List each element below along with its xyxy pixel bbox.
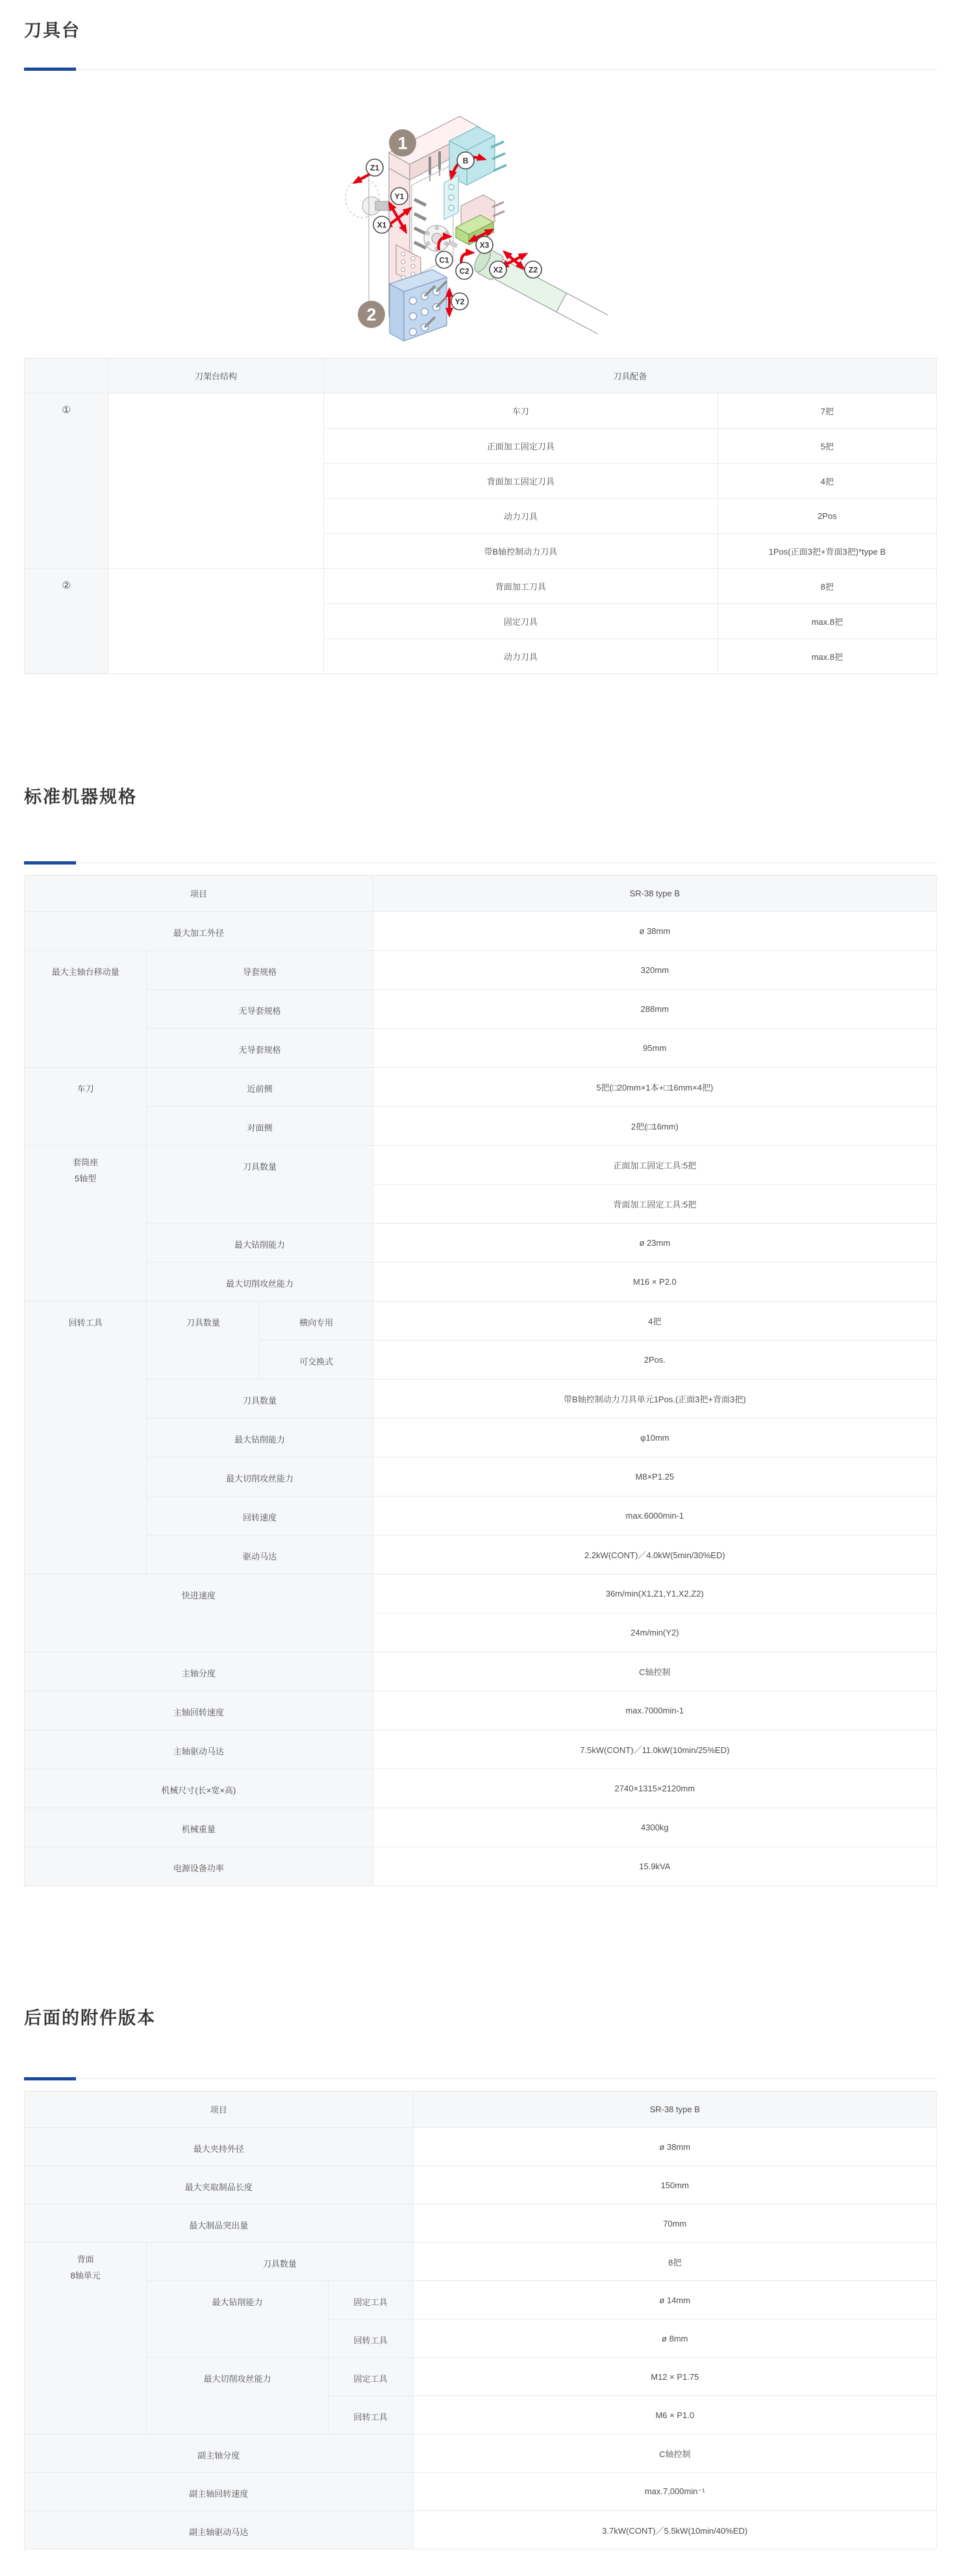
spec-label-cell: 主轴驱动马达 [25, 1730, 373, 1769]
spec-sublabel-cell: 最大切削攻丝能力 [147, 2358, 329, 2434]
header-blank-cell [25, 359, 108, 394]
sub-spindle [471, 246, 609, 336]
spec-sublabel-cell: 最大钻削能力 [147, 1419, 373, 1458]
spec-label-cell: 副主轴回转速度 [25, 2473, 414, 2511]
group2-structure-cell [108, 569, 324, 674]
table-row: 驱动马达 2.2kW(CONT)／4.0kW(5min/30%ED) [25, 1535, 937, 1574]
header-item-cell: 项目 [25, 876, 373, 912]
table-row: 回转工具 刀具数量 横向专用 4把 [25, 1302, 937, 1341]
header-model-cell: SR-38 type B [413, 2091, 936, 2128]
tool-name-cell: 背面加工刀具 [323, 569, 718, 604]
table-row: 最大钻削能力 ø 23mm [25, 1224, 937, 1263]
group2-badge-cell: ② [25, 569, 108, 674]
header-item-cell: 项目 [25, 2091, 414, 2128]
spec-sublabel-cell: 无导套规格 [147, 990, 373, 1029]
table-header-row: 刀架台结构 刀具配备 [25, 359, 937, 394]
spec-group-line: 8轴单元 [25, 2267, 146, 2284]
spec-group-cell: 最大主轴台移动量 [25, 951, 147, 1068]
group1-badge-cell: ① [25, 394, 108, 569]
spec-value-cell: 带B轴控制动力刀具单元1Pos.(正面3把+背面3把) [373, 1380, 936, 1419]
axis-label-c2: C2 [456, 262, 473, 279]
spec-value-cell: 2把(□16mm) [373, 1107, 936, 1146]
svg-text:Z2: Z2 [529, 265, 538, 274]
spec-group-cell: 背面 8轴单元 [25, 2243, 147, 2434]
spec-sublabel-cell: 最大钻削能力 [147, 1224, 373, 1263]
spec-value-cell: M16 × P2.0 [373, 1263, 936, 1302]
spec-subsublabel-cell: 回转工具 [328, 2396, 413, 2434]
section-title-standard-spec: 标准机器规格 [24, 786, 937, 808]
header-equipment-cell: 刀具配备 [323, 359, 936, 394]
spec-value-cell: 15.9kVA [373, 1847, 936, 1886]
table-row: 主轴分度 C轴控制 [25, 1652, 937, 1691]
spec-label-cell: 机械尺寸(长×宽×高) [25, 1769, 373, 1808]
axis-label-x3: X3 [476, 236, 493, 253]
table-row: 套筒座 5轴型 刀具数量 正面加工固定工具:5把 [25, 1146, 937, 1185]
spec-sublabel-cell: 最大钻削能力 [147, 2281, 329, 2358]
spec-value-cell: 7.5kW(CONT)／11.0kW(10min/25%ED) [373, 1730, 936, 1769]
table-row: 无导套规格 288mm [25, 990, 937, 1029]
spec-label-cell: 机械重量 [25, 1808, 373, 1847]
spec-value-cell: ø 38mm [413, 2128, 936, 2166]
header-model-cell: SR-38 type B [373, 876, 936, 912]
spec-sublabel-cell: 回转速度 [147, 1496, 373, 1535]
spec-subsublabel-cell: 横向专用 [260, 1302, 373, 1341]
spec-value-cell: M8×P1.25 [373, 1458, 936, 1496]
rule-accent-bar [24, 861, 76, 865]
rule-accent-bar [24, 2077, 76, 2080]
table-row: 机械尺寸(长×宽×高) 2740×1315×2120mm [25, 1769, 937, 1808]
tool-name-cell: 背面加工固定刀具 [323, 464, 718, 499]
spec-subsublabel-cell: 固定工具 [328, 2358, 413, 2396]
spec-value-cell: 2Pos. [373, 1341, 936, 1380]
section-title-toolpost: 刀具台 [24, 19, 937, 42]
table-header-row: 项目 SR-38 type B [25, 2091, 937, 2128]
spec-label-cell: 最大夹取制品长度 [25, 2166, 414, 2204]
table-header-row: 项目 SR-38 type B [25, 876, 937, 912]
table-row: 机械重量 4300kg [25, 1808, 937, 1847]
spec-sublabel-cell: 刀具数量 [147, 1380, 373, 1419]
guide-bushing-ghost [345, 171, 388, 303]
rule-line [24, 69, 937, 69]
spec-group-cell: 回转工具 [25, 1302, 147, 1574]
table-row: 最大切削攻丝能力 M8×P1.25 [25, 1458, 937, 1496]
tool-name-cell: 车刀 [323, 394, 718, 429]
spec-value-cell: C轴控制 [373, 1652, 936, 1691]
section-title-rear-attachment: 后面的附件版本 [24, 2007, 937, 2029]
table-row: ② 背面加工刀具 8把 [25, 569, 937, 604]
axis-label-c1: C1 [436, 251, 453, 268]
spec-value-cell: M6 × P1.0 [413, 2396, 936, 2434]
svg-text:Y1: Y1 [395, 192, 405, 201]
table-row: 主轴驱动马达 7.5kW(CONT)／11.0kW(10min/25%ED) [25, 1730, 937, 1769]
table-row: 副主轴驱动马达 3.7kW(CONT)／5.5kW(10min/40%ED) [25, 2511, 937, 2549]
rule-line [24, 863, 937, 863]
axis-label-x2: X2 [490, 261, 506, 278]
spec-sublabel-cell: 刀具数量 [147, 1146, 373, 1224]
spec-value-cell: 背面加工固定工具:5把 [373, 1185, 936, 1224]
spec-value-cell: 320mm [373, 951, 936, 990]
spec-sublabel-cell: 最大切削攻丝能力 [147, 1458, 373, 1496]
spec-value-cell: 8把 [413, 2243, 936, 2281]
table-row: 无导套规格 95mm [25, 1029, 937, 1068]
spec-label-cell: 副主轴驱动马达 [25, 2511, 414, 2549]
header-structure-cell: 刀架台结构 [108, 359, 324, 394]
page-content: 刀具台 [0, 19, 961, 2549]
group1-structure-cell [108, 394, 324, 569]
table-row: 刀具数量 带B轴控制动力刀具单元1Pos.(正面3把+背面3把) [25, 1380, 937, 1419]
badge-1-text: 1 [397, 134, 407, 153]
spec-value-cell: 2740×1315×2120mm [373, 1769, 936, 1808]
table-row: 快进速度 36m/min(X1,Z1,Y1,X2,Z2) [25, 1574, 937, 1613]
table-row: 车刀 近前侧 5把(□20mm×1本+□16mm×4把) [25, 1068, 937, 1107]
table-row: 最大切削攻丝能力 M16 × P2.0 [25, 1263, 937, 1302]
spec-value-cell: max.7,000min⁻¹ [413, 2473, 936, 2511]
tool-value-cell: 7把 [718, 394, 936, 429]
table-row: 最大加工外径 ø 38mm [25, 912, 937, 951]
axis-label-b: B [457, 152, 474, 169]
title-rule [24, 2077, 937, 2080]
axis-label-z1: Z1 [366, 159, 383, 176]
rule-line [24, 2078, 937, 2079]
toolpost-diagram: 1 2 Z1 Y1 X1 B C1 C2 X3 X2 Z2 Y2 [341, 94, 620, 344]
table-row: 最大夹持外径 ø 38mm [25, 2128, 937, 2166]
spec-group-cell: 套筒座 5轴型 [25, 1146, 147, 1302]
spec-value-cell: ø 14mm [413, 2281, 936, 2319]
table-row: 最大钻削能力 固定工具 ø 14mm [25, 2281, 937, 2319]
svg-text:C1: C1 [439, 255, 449, 264]
axis-label-x1: X1 [373, 216, 390, 233]
table-row: 最大钻削能力 φ10mm [25, 1419, 937, 1458]
rule-accent-bar [24, 68, 76, 71]
spec-subsublabel-cell: 固定工具 [328, 2281, 413, 2319]
toolpost-table: 刀架台结构 刀具配备 ① 车刀 7把 正面加工固定刀具 5把 背面加工固定刀具 … [24, 358, 937, 674]
table-row: 主轴回转速度 max.7000min-1 [25, 1691, 937, 1730]
spec-group-cell: 车刀 [25, 1068, 147, 1146]
spec-group-line: 5轴型 [25, 1170, 146, 1187]
spec-value-cell: 36m/min(X1,Z1,Y1,X2,Z2) [373, 1574, 936, 1613]
title-rule [24, 861, 937, 865]
spec-sublabel-cell: 刀具数量 [147, 1302, 260, 1380]
table-row: 最大制品突出量 70mm [25, 2204, 937, 2243]
spec-group-line: 套筒座 [25, 1154, 146, 1170]
spec-label-cell: 最大制品突出量 [25, 2204, 414, 2243]
spec-value-cell: φ10mm [373, 1419, 936, 1458]
tool-value-cell: 1Pos(正面3把+背面3把)*type B [718, 534, 936, 569]
spec-label-cell: 主轴分度 [25, 1652, 373, 1691]
spec-value-cell: ø 23mm [373, 1224, 936, 1263]
standard-spec-table: 项目 SR-38 type B 最大加工外径 ø 38mm 最大主轴台移动量 导… [24, 875, 937, 1886]
spec-value-cell: max.7000min-1 [373, 1691, 936, 1730]
svg-text:Z1: Z1 [370, 163, 379, 172]
spec-value-cell: C轴控制 [413, 2434, 936, 2473]
svg-text:X2: X2 [493, 265, 503, 274]
tool-value-cell: max.8把 [718, 604, 936, 639]
svg-text:B: B [463, 156, 469, 165]
spec-label-cell: 最大加工外径 [25, 912, 373, 951]
axis-label-y2: Y2 [451, 293, 468, 310]
axis-label-z2: Z2 [525, 261, 542, 278]
tool-value-cell: 8把 [718, 569, 936, 604]
spec-value-cell: ø 8mm [413, 2319, 936, 2358]
table-row: 最大主轴台移动量 导套规格 320mm [25, 951, 937, 990]
spec-label-cell: 主轴回转速度 [25, 1691, 373, 1730]
badge-1: 1 [389, 129, 416, 157]
tool-name-cell: 动力刀具 [323, 639, 718, 674]
spec-sublabel-cell: 最大切削攻丝能力 [147, 1263, 373, 1302]
title-rule [24, 68, 937, 71]
svg-text:Y2: Y2 [455, 297, 465, 306]
table-row: 电源设备功率 15.9kVA [25, 1847, 937, 1886]
spec-value-cell: 150mm [413, 2166, 936, 2204]
spec-sublabel-cell: 对面侧 [147, 1107, 373, 1146]
rear-attachment-table: 项目 SR-38 type B 最大夹持外径 ø 38mm 最大夹取制品长度 1… [24, 2091, 937, 2549]
table-row: 回转速度 max.6000min-1 [25, 1496, 937, 1535]
svg-text:X3: X3 [480, 240, 490, 249]
table-row: ① 车刀 7把 [25, 394, 937, 429]
tool-value-cell: max.8把 [718, 639, 936, 674]
spec-value-cell: 24m/min(Y2) [373, 1613, 936, 1652]
spec-subsublabel-cell: 可交换式 [260, 1341, 373, 1380]
spec-label-cell: 快进速度 [25, 1574, 373, 1652]
spec-value-cell: 4300kg [373, 1808, 936, 1847]
tool-name-cell: 固定刀具 [323, 604, 718, 639]
spec-sublabel-cell: 刀具数量 [147, 2243, 413, 2281]
spec-value-cell: 288mm [373, 990, 936, 1029]
table-row: 副主轴回转速度 max.7,000min⁻¹ [25, 2473, 937, 2511]
spec-sublabel-cell: 导套规格 [147, 951, 373, 990]
badge-2: 2 [358, 301, 385, 328]
tool-value-cell: 2Pos [718, 499, 936, 534]
tool-name-cell: 正面加工固定刀具 [323, 429, 718, 464]
spec-value-cell: 正面加工固定工具:5把 [373, 1146, 936, 1185]
svg-text:X1: X1 [377, 220, 387, 229]
spec-value-cell: 2.2kW(CONT)／4.0kW(5min/30%ED) [373, 1535, 936, 1574]
table-row: 最大夹取制品长度 150mm [25, 2166, 937, 2204]
table-row: 副主轴分度 C轴控制 [25, 2434, 937, 2473]
axis-label-y1: Y1 [391, 188, 408, 205]
table-row: 对面侧 2把(□16mm) [25, 1107, 937, 1146]
svg-text:C2: C2 [459, 266, 469, 275]
tool-value-cell: 5把 [718, 429, 936, 464]
spec-label-cell: 电源设备功率 [25, 1847, 373, 1886]
spec-label-cell: 副主轴分度 [25, 2434, 414, 2473]
spec-value-cell: ø 38mm [373, 912, 936, 951]
tool-name-cell: 带B轴控制动力刀具 [323, 534, 718, 569]
tool-value-cell: 4把 [718, 464, 936, 499]
spec-value-cell: 5把(□20mm×1本+□16mm×4把) [373, 1068, 936, 1107]
spec-label-cell: 最大夹持外径 [25, 2128, 414, 2166]
table-row: 背面 8轴单元 刀具数量 8把 [25, 2243, 937, 2281]
tool-name-cell: 动力刀具 [323, 499, 718, 534]
spec-value-cell: 70mm [413, 2204, 936, 2243]
spec-value-cell: 95mm [373, 1029, 936, 1068]
spec-sublabel-cell: 驱动马达 [147, 1535, 373, 1574]
table-row: 最大切削攻丝能力 固定工具 M12 × P1.75 [25, 2358, 937, 2396]
badge-2-text: 2 [366, 305, 376, 325]
spec-value-cell: M12 × P1.75 [413, 2358, 936, 2396]
spec-value-cell: 4把 [373, 1302, 936, 1341]
spec-value-cell: max.6000min-1 [373, 1496, 936, 1535]
spec-sublabel-cell: 近前侧 [147, 1068, 373, 1107]
spec-group-line: 背面 [25, 2251, 146, 2267]
spec-subsublabel-cell: 回转工具 [328, 2319, 413, 2358]
spec-value-cell: 3.7kW(CONT)／5.5kW(10min/40%ED) [413, 2511, 936, 2549]
spec-sublabel-cell: 无导套规格 [147, 1029, 373, 1068]
toolpost-diagram-wrapper: 1 2 Z1 Y1 X1 B C1 C2 X3 X2 Z2 Y2 [341, 94, 620, 347]
